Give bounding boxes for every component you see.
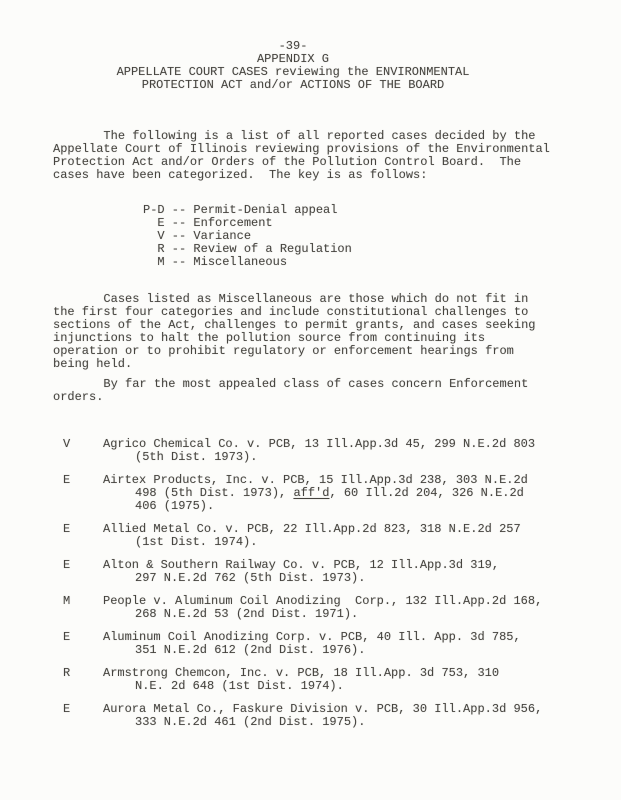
case-category-label: E (63, 523, 103, 549)
citation-line: 333 N.E.2d 461 (2nd Dist. 1975). (103, 716, 613, 729)
case-list: V Agrico Chemical Co. v. PCB, 13 Ill.App… (53, 438, 613, 729)
category-key-list: P-D -- Permit-Denial appeal E -- Enforce… (143, 204, 613, 269)
case-citation: Airtex Products, Inc. v. PCB, 15 Ill.App… (103, 474, 613, 513)
case-entry-aurora-metal: E Aurora Metal Co., Faskure Division v. … (63, 703, 613, 729)
case-category-label: E (63, 703, 103, 729)
case-entry-allied-metal: E Allied Metal Co. v. PCB, 22 Ill.App.2d… (63, 523, 613, 549)
case-citation: Allied Metal Co. v. PCB, 22 Ill.App.2d 8… (103, 523, 613, 549)
citation-line: 351 N.E.2d 612 (2nd Dist. 1976). (103, 644, 613, 657)
page-header: -39- APPENDIX G APPELLATE COURT CASES re… (53, 40, 533, 92)
appendix-subtitle: APPELLATE COURT CASES reviewing the ENVI… (53, 66, 533, 92)
case-category-label: M (63, 595, 103, 621)
document-page: -39- APPENDIX G APPELLATE COURT CASES re… (0, 0, 621, 800)
citation-line: (5th Dist. 1973). (103, 451, 613, 464)
citation-line: (1st Dist. 1974). (103, 536, 613, 549)
case-citation: Agrico Chemical Co. v. PCB, 13 Ill.App.3… (103, 438, 613, 464)
case-entry-people-v-aluminum-coil: M People v. Aluminum Coil Anodizing Corp… (63, 595, 613, 621)
citation-line: N.E. 2d 648 (1st Dist. 1974). (103, 680, 613, 693)
case-entry-airtex: E Airtex Products, Inc. v. PCB, 15 Ill.A… (63, 474, 613, 513)
case-entry-armstrong-chemcon: R Armstrong Chemcon, Inc. v. PCB, 18 Ill… (63, 667, 613, 693)
citation-line: 406 (1975). (103, 500, 613, 513)
case-entry-agrico: V Agrico Chemical Co. v. PCB, 13 Ill.App… (63, 438, 613, 464)
citation-segment: 498 (5th Dist. 1973), (135, 486, 293, 500)
case-category-label: E (63, 559, 103, 585)
case-citation: Armstrong Chemcon, Inc. v. PCB, 18 Ill.A… (103, 667, 613, 693)
citation-segment: , 60 Ill.2d 204, 326 N.E.2d (329, 486, 523, 500)
case-category-label: E (63, 631, 103, 657)
case-citation: People v. Aluminum Coil Anodizing Corp.,… (103, 595, 613, 621)
citation-line: 297 N.E.2d 762 (5th Dist. 1973). (103, 572, 613, 585)
miscellaneous-definition-paragraph: Cases listed as Miscellaneous are those … (53, 293, 613, 371)
case-entry-alton-southern: E Alton & Southern Railway Co. v. PCB, 1… (63, 559, 613, 585)
case-category-label: R (63, 667, 103, 693)
citation-line: 268 N.E.2d 53 (2nd Dist. 1971). (103, 608, 613, 621)
case-citation: Aurora Metal Co., Faskure Division v. PC… (103, 703, 613, 729)
affd-underlined-text: aff'd (293, 486, 329, 500)
enforcement-note-paragraph: By far the most appealed class of cases … (53, 378, 613, 404)
case-category-label: E (63, 474, 103, 513)
case-citation: Alton & Southern Railway Co. v. PCB, 12 … (103, 559, 613, 585)
case-category-label: V (63, 438, 103, 464)
case-entry-aluminum-coil-anodizing: E Aluminum Coil Anodizing Corp. v. PCB, … (63, 631, 613, 657)
intro-paragraph: The following is a list of all reported … (53, 130, 613, 182)
case-citation: Aluminum Coil Anodizing Corp. v. PCB, 40… (103, 631, 613, 657)
